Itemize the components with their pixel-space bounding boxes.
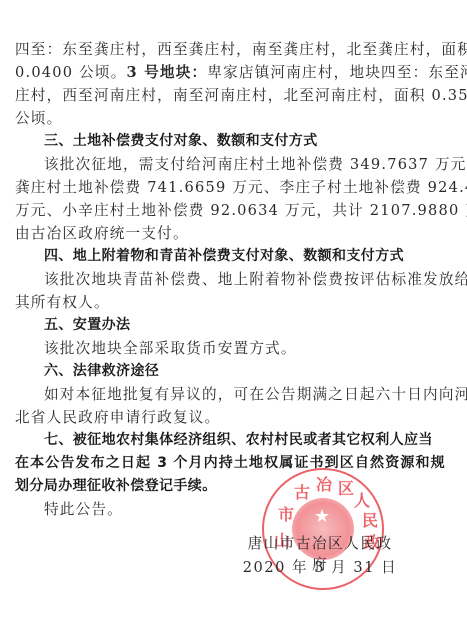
text-line: 公顷。 — [15, 107, 445, 130]
section-heading: 在本公告发布之日起 3 个月内持土地权属证书到区自然资源和规 — [15, 452, 445, 475]
text-line: 该批次地块青苗补偿费、地上附着物补偿费按评估标准发放给 — [15, 268, 445, 291]
seal-char: 冶 — [316, 472, 332, 495]
seal-char: 区 — [338, 476, 354, 499]
section-heading: 划分局办理征收补偿登记手续。 — [15, 475, 445, 498]
text-line: 0.0400 公顷。3 号地块：卑家店镇河南庄村，地块四至：东至河南 — [15, 61, 445, 84]
text-line: 北省人民政府申请行政复议。 — [15, 406, 445, 429]
seal-char: 民 — [362, 508, 378, 531]
signature-date: 2020 年 3 月 31 日 — [240, 556, 400, 577]
text-line: 如对本征地批复有异议的，可在公告期满之日起六十日内向河 — [15, 383, 445, 406]
seal-char: 古 — [294, 480, 310, 503]
text-line: 由古冶区政府统一支付。 — [15, 222, 445, 245]
plot-label: 3 号地块： — [126, 64, 207, 81]
section-heading: 七、被征地农村集体经济组织、农村村民或者其它权利人应当 — [15, 429, 445, 452]
text-line: 四至：东至龚庄村，西至龚庄村，南至龚庄村，北至龚庄村，面积 — [15, 38, 445, 61]
text-line: 其所有权人。 — [15, 291, 445, 314]
section-heading: 六、法律救济途径 — [15, 360, 445, 383]
text-line: 龚庄村土地补偿费 741.6659 万元、李庄子村土地补偿费 924.4950 — [15, 176, 445, 199]
text-line: 庄村，西至河南庄村，南至河南庄村，北至河南庄村，面积 0.3531 — [15, 84, 445, 107]
star-icon: ★ — [314, 506, 330, 527]
text-span: 卑家店镇河南庄村，地块四至：东至河南 — [207, 64, 467, 81]
section-heading: 三、土地补偿费支付对象、数额和支付方式 — [15, 130, 445, 153]
section-heading: 五、安置办法 — [15, 314, 445, 337]
seal-char: 市 — [278, 502, 294, 525]
text-span: 0.0400 公顷。 — [15, 64, 126, 81]
text-line: 万元、小辛庄村土地补偿费 92.0634 万元，共计 2107.9880 万元， — [15, 199, 445, 222]
section-heading: 四、地上附着物和青苗补偿费支付对象、数额和支付方式 — [15, 245, 445, 268]
text-line: 该批次征地，需支付给河南庄村土地补偿费 349.7637 万元、 — [15, 153, 445, 176]
text-line: 该批次地块全部采取货币安置方式。 — [15, 337, 445, 360]
document-page: 四至：东至龚庄村，西至龚庄村，南至龚庄村，北至龚庄村，面积 0.0400 公顷。… — [15, 38, 445, 521]
